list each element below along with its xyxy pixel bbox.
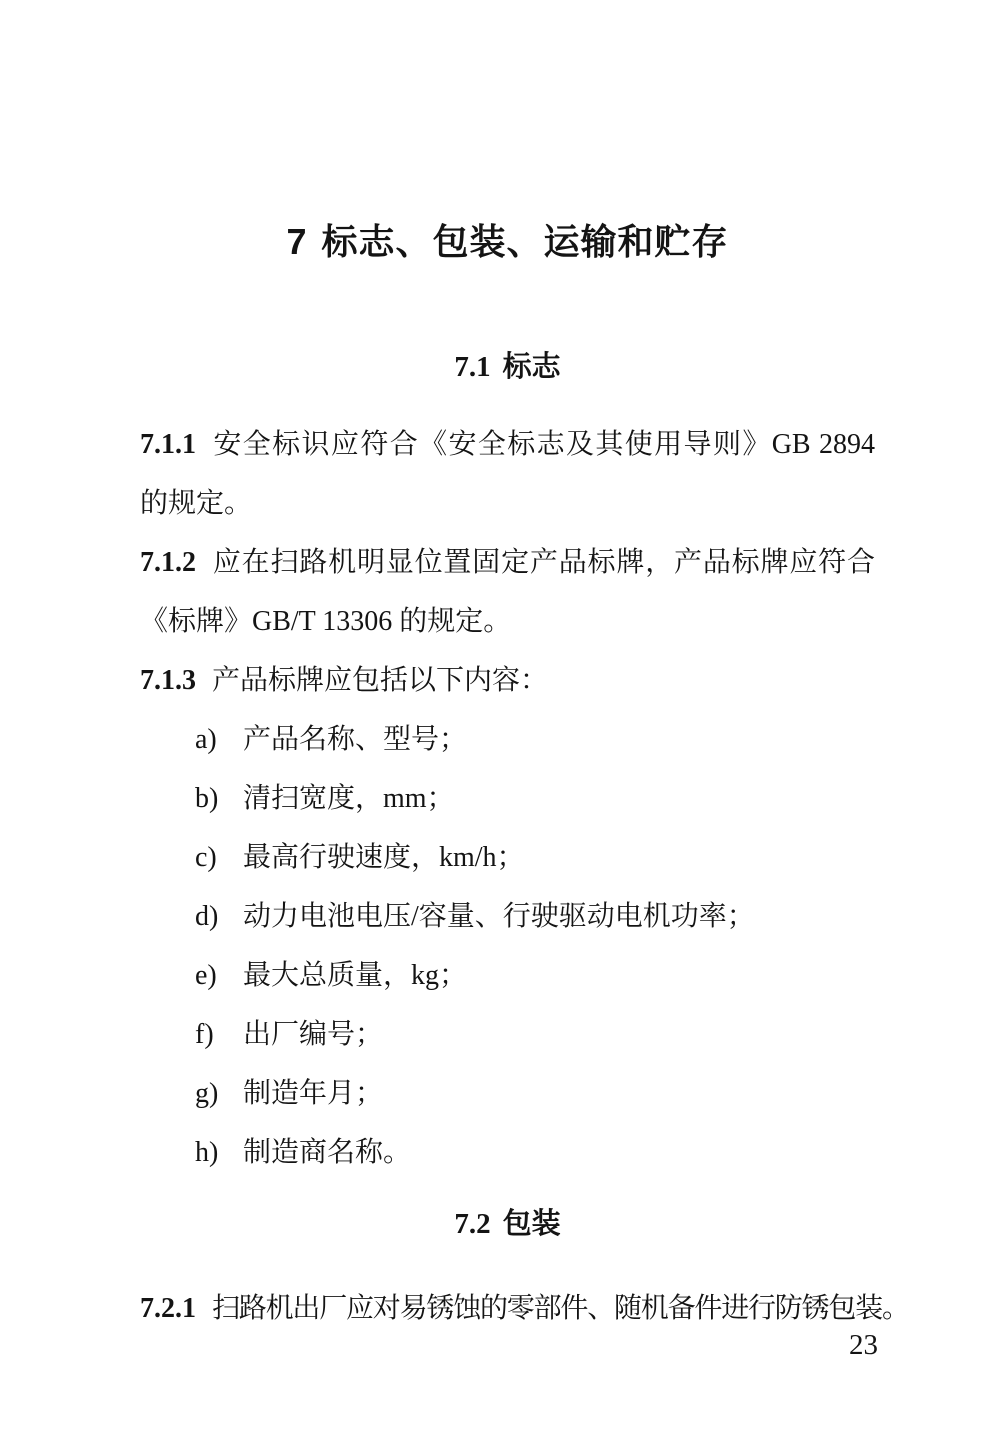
list-item-marker: b) <box>195 769 243 828</box>
clause-7-1-1-text: 安全标识应符合《安全标志及其使用导则》GB 2894 的规定。 <box>140 429 875 519</box>
clause-7-1-2-text: 应在扫路机明显位置固定产品标牌，产品标牌应符合《标牌》GB/T 13306 的规… <box>140 547 875 637</box>
chapter-number: 7 <box>286 221 307 262</box>
list-item-marker: d) <box>195 887 243 946</box>
section-7-2-title: 包装 <box>503 1208 561 1240</box>
document-page: 7标志、包装、运输和贮存 7.1标志 7.1.1安全标识应符合《安全标志及其使用… <box>0 0 1000 1450</box>
clause-7-1-3-number: 7.1.3 <box>140 665 196 696</box>
list-item: a) 产品名称、型号； <box>140 710 875 769</box>
clause-7-2-1-text: 扫路机出厂应对易锈蚀的零部件、随机备件进行防锈包装。 <box>212 1293 909 1324</box>
list-item: e) 最大总质量，kg； <box>140 946 875 1005</box>
chapter-title-text: 标志、包装、运输和贮存 <box>322 221 729 262</box>
list-item: h) 制造商名称。 <box>140 1123 875 1182</box>
list-item-marker: c) <box>195 828 243 887</box>
nameplate-content-list: a) 产品名称、型号； b) 清扫宽度，mm； c) 最高行驶速度，km/h； … <box>140 710 875 1182</box>
clause-7-2-1-number: 7.2.1 <box>140 1293 196 1324</box>
list-item-text: 产品名称、型号； <box>243 710 875 769</box>
clause-7-1-1-number: 7.1.1 <box>140 429 196 460</box>
clause-7-1-1: 7.1.1安全标识应符合《安全标志及其使用导则》GB 2894 的规定。 <box>140 415 875 533</box>
list-item-marker: a) <box>195 710 243 769</box>
clause-7-2-1: 7.2.1扫路机出厂应对易锈蚀的零部件、随机备件进行防锈包装。 <box>140 1279 875 1338</box>
section-7-1-title: 标志 <box>503 351 561 383</box>
list-item-marker: f) <box>195 1005 243 1064</box>
list-item: f) 出厂编号； <box>140 1005 875 1064</box>
clause-7-1-3: 7.1.3产品标牌应包括以下内容： <box>140 651 875 710</box>
list-item: c) 最高行驶速度，km/h； <box>140 828 875 887</box>
list-item: d) 动力电池电压/容量、行驶驱动电机功率； <box>140 887 875 946</box>
clause-7-1-2: 7.1.2应在扫路机明显位置固定产品标牌，产品标牌应符合《标牌》GB/T 133… <box>140 533 875 651</box>
list-item: b) 清扫宽度，mm； <box>140 769 875 828</box>
page-content: 7标志、包装、运输和贮存 7.1标志 7.1.1安全标识应符合《安全标志及其使用… <box>0 24 1000 1338</box>
chapter-title: 7标志、包装、运输和贮存 <box>140 24 875 264</box>
section-heading-7-2: 7.2包装 <box>140 1205 875 1243</box>
list-item-text: 清扫宽度，mm； <box>243 769 875 828</box>
list-item-text: 制造年月； <box>243 1064 875 1123</box>
list-item-text: 制造商名称。 <box>243 1123 875 1182</box>
clause-7-1-2-number: 7.1.2 <box>140 547 196 578</box>
list-item-text: 出厂编号； <box>243 1005 875 1064</box>
clause-7-1-3-text: 产品标牌应包括以下内容： <box>212 665 548 696</box>
list-item-marker: h) <box>195 1123 243 1182</box>
section-7-1-number: 7.1 <box>454 351 490 383</box>
list-item-text: 最高行驶速度，km/h； <box>243 828 875 887</box>
list-item: g) 制造年月； <box>140 1064 875 1123</box>
section-7-2-number: 7.2 <box>454 1208 490 1240</box>
list-item-marker: e) <box>195 946 243 1005</box>
list-item-marker: g) <box>195 1064 243 1123</box>
section-heading-7-1: 7.1标志 <box>140 348 875 386</box>
list-item-text: 最大总质量，kg； <box>243 946 875 1005</box>
page-number: 23 <box>849 1328 878 1362</box>
list-item-text: 动力电池电压/容量、行驶驱动电机功率； <box>243 887 875 946</box>
